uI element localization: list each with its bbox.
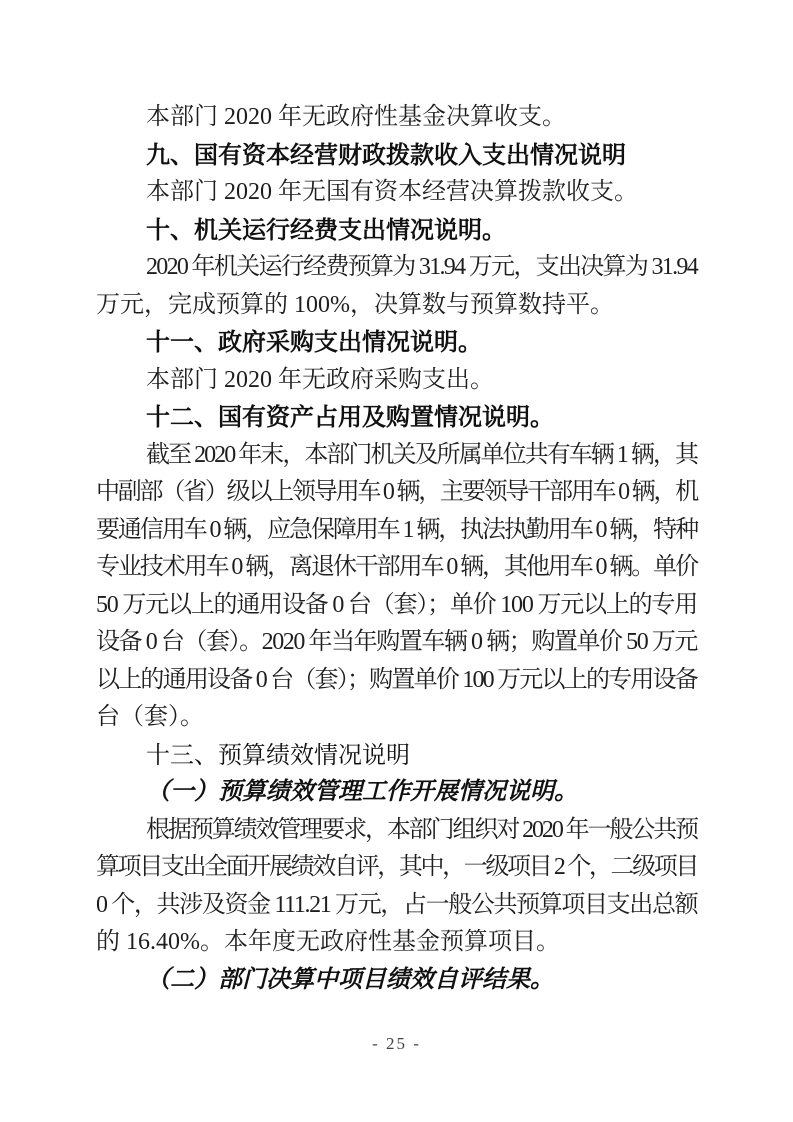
text-line: （一）预算绩效管理工作开展情况说明。 [96, 774, 697, 812]
text-line: 十一、政府采购支出情况说明。 [96, 324, 697, 362]
text-line: 万元，完成预算的 100%，决算数与预算数持平。 [96, 287, 697, 325]
text-line: 十、机关运行经费支出情况说明。 [96, 212, 697, 250]
text-line: 本部门 2020 年无国有资本经营决算拨款收支。 [96, 174, 697, 212]
text-line: 本部门 2020 年无政府采购支出。 [96, 362, 697, 400]
text-line: 设备 0 台（套）。2020 年当年购置车辆 0 辆；购置单价 50 万元 [96, 624, 697, 662]
text-line: 专业技术用车 0 辆，离退休干部用车 0 辆，其他用车 0 辆。单价 [96, 549, 697, 587]
text-line: 的 16.40%。本年度无政府性基金预算项目。 [96, 924, 697, 962]
text-line: 本部门 2020 年无政府性基金决算收支。 [96, 99, 697, 137]
text-line: 0 个，共涉及资金 111.21 万元，占一般公共预算项目支出总额 [96, 887, 697, 925]
text-line: 十三、预算绩效情况说明 [96, 737, 697, 775]
text-line: 要通信用车 0 辆，应急保障用车 1 辆，执法执勤用车 0 辆，特种 [96, 512, 697, 550]
text-line: （二）部门决算中项目绩效自评结果。 [96, 962, 697, 1000]
text-line: 九、国有资本经营财政拨款收入支出情况说明 [96, 137, 697, 175]
text-line: 十二、国有资产占用及购置情况说明。 [96, 399, 697, 437]
text-line: 截至 2020 年末，本部门机关及所属单位共有车辆 1 辆，其 [96, 437, 697, 475]
text-line: 台（套）。 [96, 699, 697, 737]
text-line: 根据预算绩效管理要求，本部门组织对 2020 年一般公共预 [96, 812, 697, 850]
page-number: - 25 - [0, 1034, 793, 1054]
text-line: 中副部（省）级以上领导用车 0 辆，主要领导干部用车 0 辆，机 [96, 474, 697, 512]
document-page: 本部门 2020 年无政府性基金决算收支。九、国有资本经营财政拨款收入支出情况说… [0, 0, 793, 1122]
text-line: 算项目支出全面开展绩效自评，其中，一级项目 2 个，二级项目 [96, 849, 697, 887]
document-body: 本部门 2020 年无政府性基金决算收支。九、国有资本经营财政拨款收入支出情况说… [96, 99, 697, 999]
text-line: 以上的通用设备 0 台（套）；购置单价 100 万元以上的专用设备 [96, 662, 697, 700]
text-line: 2020 年机关运行经费预算为 31.94 万元，支出决算为 31.94 [96, 249, 697, 287]
text-line: 50 万元以上的通用设备 0 台（套）；单价 100 万元以上的专用 [96, 587, 697, 625]
